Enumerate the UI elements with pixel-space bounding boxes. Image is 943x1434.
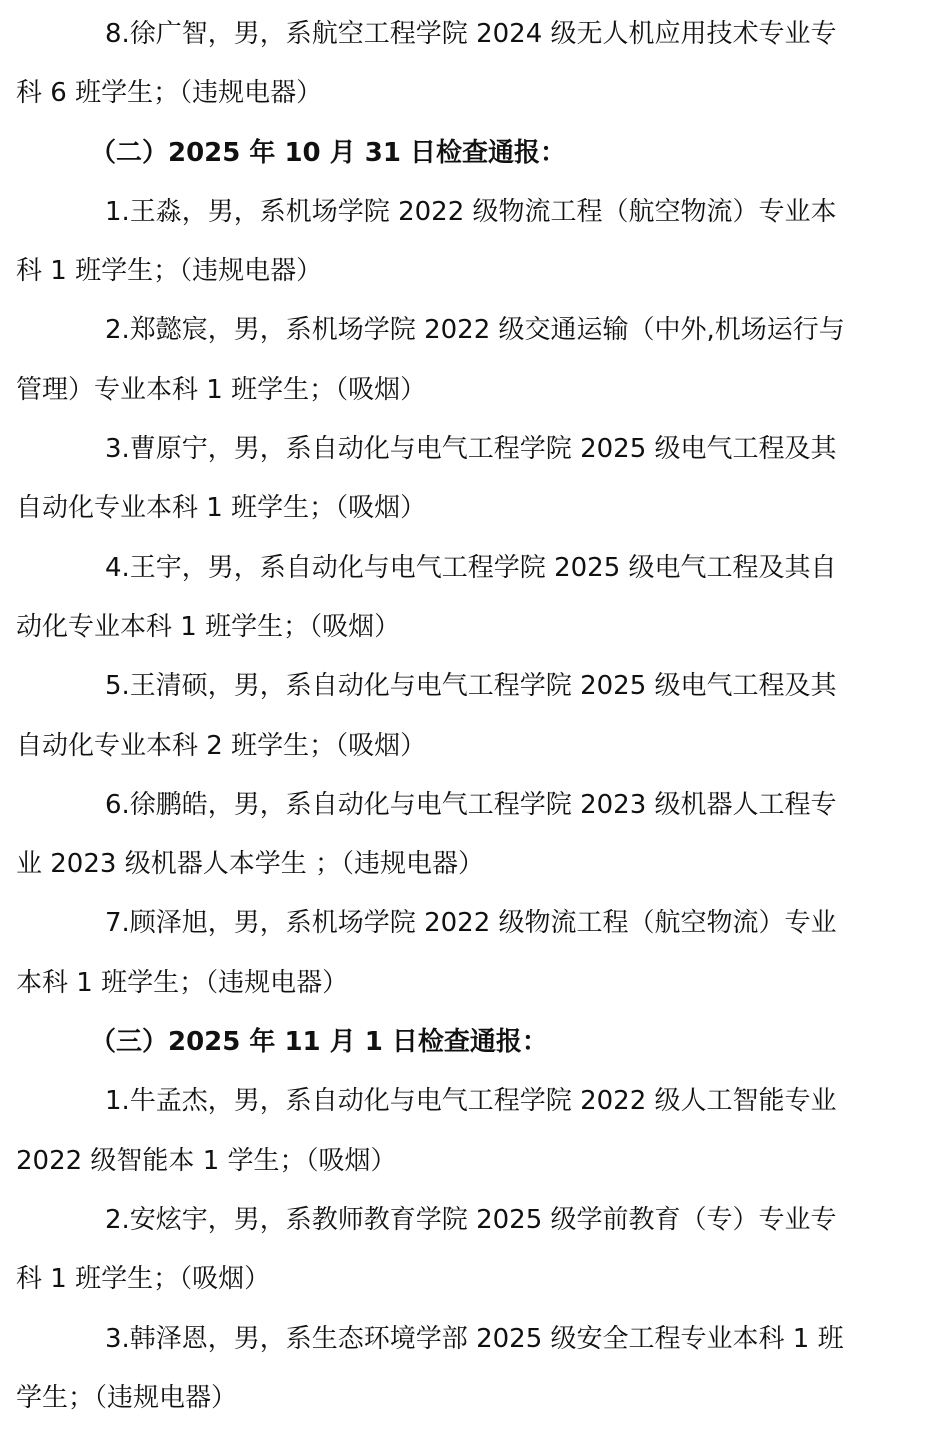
item-line: 科 1 班学生；（吸烟） xyxy=(16,1250,931,1309)
item-line: 业 2023 级机器人本学生 ；（违规电器） xyxy=(16,835,931,894)
item-line: 5.王清硕，男，系自动化与电气工程学院 2025 级电气工程及其 xyxy=(16,657,931,716)
list-item: 6.徐鹏皓，男，系自动化与电气工程学院 2023 级机器人工程专 业 2023 … xyxy=(16,776,931,895)
item-line: 6.徐鹏皓，男，系自动化与电气工程学院 2023 级机器人工程专 xyxy=(16,776,931,835)
item-line: 1.王淼，男，系机场学院 2022 级物流工程（航空物流）专业本 xyxy=(16,183,931,242)
list-item: 7.顾泽旭，男，系机场学院 2022 级物流工程（航空物流）专业 本科 1 班学… xyxy=(16,894,931,1013)
item-line: 科 6 班学生；（违规电器） xyxy=(16,64,931,123)
item-line: 学生；（违规电器） xyxy=(16,1369,931,1428)
list-item: 8.徐广智，男，系航空工程学院 2024 级无人机应用技术专业专 科 6 班学生… xyxy=(16,5,931,124)
item-line: 2.郑懿宸，男，系机场学院 2022 级交通运输（中外,机场运行与 xyxy=(16,301,931,360)
list-item: 1.王淼，男，系机场学院 2022 级物流工程（航空物流）专业本 科 1 班学生… xyxy=(16,183,931,302)
item-line: 本科 1 班学生；（违规电器） xyxy=(16,954,931,1013)
list-item: 1.牛孟杰，男，系自动化与电气工程学院 2022 级人工智能专业 2022 级智… xyxy=(16,1072,931,1191)
item-line: 2.安炫宇，男，系教师教育学院 2025 级学前教育（专）专业专 xyxy=(16,1191,931,1250)
item-line: 8.徐广智，男，系航空工程学院 2024 级无人机应用技术专业专 xyxy=(16,5,931,64)
item-line: 自动化专业本科 1 班学生；（吸烟） xyxy=(16,479,931,538)
item-line: 3.曹原宁，男，系自动化与电气工程学院 2025 级电气工程及其 xyxy=(16,420,931,479)
section-heading: （二）2025 年 10 月 31 日检查通报： xyxy=(16,124,931,183)
list-item: 2.郑懿宸，男，系机场学院 2022 级交通运输（中外,机场运行与 管理）专业本… xyxy=(16,301,931,420)
item-line: 4.王宇，男，系自动化与电气工程学院 2025 级电气工程及其自 xyxy=(16,539,931,598)
section-heading: （三）2025 年 11 月 1 日检查通报： xyxy=(16,1013,931,1072)
item-line: 科 1 班学生；（违规电器） xyxy=(16,242,931,301)
item-line: 动化专业本科 1 班学生；（吸烟） xyxy=(16,598,931,657)
document-body: 8.徐广智，男，系航空工程学院 2024 级无人机应用技术专业专 科 6 班学生… xyxy=(0,0,943,1428)
item-line: 自动化专业本科 2 班学生；（吸烟） xyxy=(16,717,931,776)
item-line: 7.顾泽旭，男，系机场学院 2022 级物流工程（航空物流）专业 xyxy=(16,894,931,953)
list-item: 2.安炫宇，男，系教师教育学院 2025 级学前教育（专）专业专 科 1 班学生… xyxy=(16,1191,931,1310)
item-line: 1.牛孟杰，男，系自动化与电气工程学院 2022 级人工智能专业 xyxy=(16,1072,931,1131)
item-line: 管理）专业本科 1 班学生；（吸烟） xyxy=(16,361,931,420)
list-item: 3.韩泽恩，男，系生态环境学部 2025 级安全工程专业本科 1 班 学生；（违… xyxy=(16,1310,931,1429)
item-line: 2022 级智能本 1 学生；（吸烟） xyxy=(16,1132,931,1191)
list-item: 5.王清硕，男，系自动化与电气工程学院 2025 级电气工程及其 自动化专业本科… xyxy=(16,657,931,776)
list-item: 3.曹原宁，男，系自动化与电气工程学院 2025 级电气工程及其 自动化专业本科… xyxy=(16,420,931,539)
list-item: 4.王宇，男，系自动化与电气工程学院 2025 级电气工程及其自 动化专业本科 … xyxy=(16,539,931,658)
item-line: 3.韩泽恩，男，系生态环境学部 2025 级安全工程专业本科 1 班 xyxy=(16,1310,931,1369)
